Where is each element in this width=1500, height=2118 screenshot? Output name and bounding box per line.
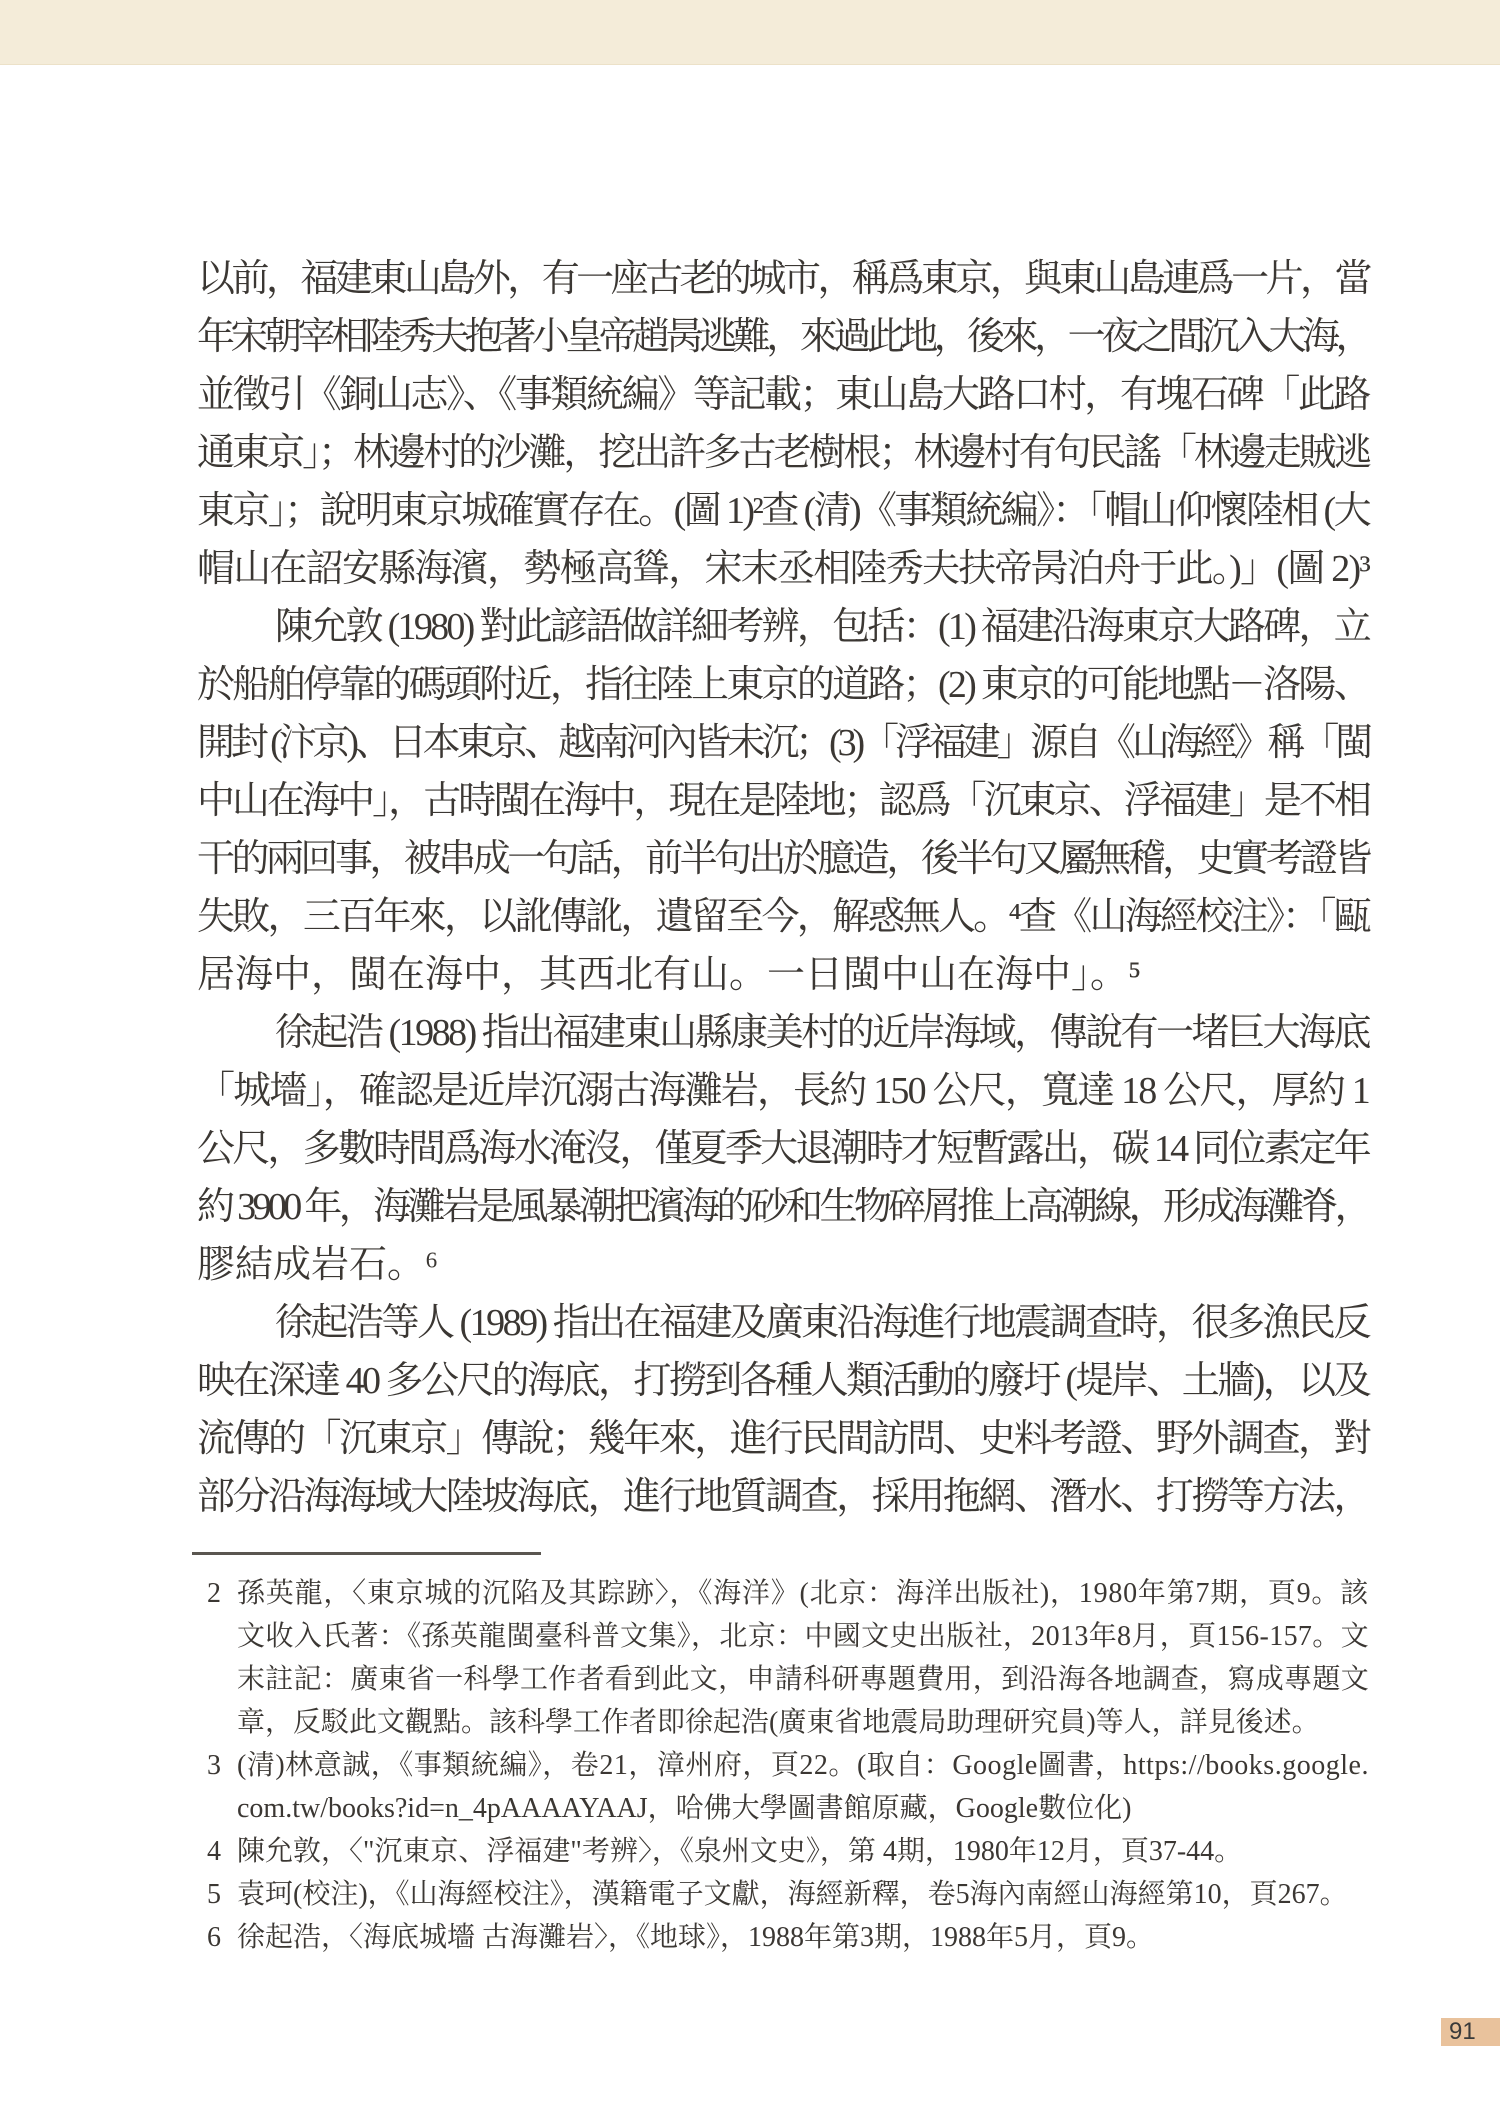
footnote-line-text: 徐起浩，〈海底城墻 古海灘岩〉，《地球》，1988年第3期，1988年5月，頁9… [237, 1916, 1154, 1959]
body-line-text: 干的兩回事，被串成一句話，前半句出於臆造，後半句又屬無稽，史實考證皆 [197, 830, 1369, 888]
footnote-line-text: 文收入氏著：《孫英龍閩臺科普文集》，北京：中國文史出版社，2013年8月，頁15… [237, 1615, 1369, 1658]
footnote-line-text: 陳允敦，〈"沉東京、浮福建"考辨〉，《泉州文史》，第 4期，1980年12月，頁… [237, 1830, 1242, 1873]
top-border-band [0, 0, 1500, 65]
body-line-text: 失敗，三百年來，以訛傳訛，遺留至今，解惑無人。⁴查《山海經校注》：「甌 [197, 888, 1369, 946]
footnote-line-text: 孫英龍，〈東京城的沉陷及其踪跡〉，《海洋》(北京：海洋出版社)，1980年第7期… [237, 1572, 1369, 1615]
body-line: 映在深達 40 多公尺的海底，打撈到各種人類活動的廢圩 (堤岸、土牆)，以及 [197, 1352, 1369, 1410]
body-line-text: 東京」；說明東京城確實存在。(圖 1)²查 (清)《事類統編》：「帽山仰懷陸相 … [197, 482, 1369, 540]
body-line: 帽山在詔安縣海濱，勢極高聳，宋末丞相陸秀夫扶帝昺泊舟于此。)」(圖 2)³ [197, 540, 1369, 598]
page-number-badge: 91 [1441, 2018, 1500, 2046]
body-line: 「城墻」，確認是近岸沉溺古海灘岩，長約 150 公尺，寬達 18 公尺，厚約 1 [197, 1062, 1369, 1120]
body-line: 並徵引《銅山志》、《事類統編》等記載；東山島大路口村，有塊石碑「此路 [197, 366, 1369, 424]
footnote-number: 6 [207, 1916, 221, 1959]
footnote-number: 4 [207, 1830, 221, 1873]
footnote-number: 5 [207, 1873, 221, 1916]
body-line: 徐起浩等人 (1989) 指出在福建及廣東沿海進行地震調查時，很多漁民反 [197, 1294, 1369, 1352]
footnote-line-text: 末註記：廣東省一科學工作者看到此文，申請科研專題費用，到沿海各地調查，寫成專題文 [237, 1658, 1369, 1701]
body-line-text: 中山在海中」，古時閩在海中，現在是陸地；認爲「沉東京、浮福建」是不相 [197, 772, 1369, 830]
page-number: 91 [1449, 2018, 1476, 2046]
body-line-text: 於船舶停靠的碼頭附近，指往陸上東京的道路；(2) 東京的可能地點－洛陽、 [197, 656, 1369, 714]
body-line: 東京」；說明東京城確實存在。(圖 1)²查 (清)《事類統編》：「帽山仰懷陸相 … [197, 482, 1369, 540]
body-line-text: 居海中，閩在海中，其西北有山。一日閩中山在海中」。⁵ [197, 946, 1141, 1004]
body-line-text: 映在深達 40 多公尺的海底，打撈到各種人類活動的廢圩 (堤岸、土牆)，以及 [197, 1352, 1369, 1410]
body-line: 通東京」；林邊村的沙灘，挖出許多古老樹根；林邊村有句民謠「林邊走賊逃 [197, 424, 1369, 482]
body-line-text: 通東京」；林邊村的沙灘，挖出許多古老樹根；林邊村有句民謠「林邊走賊逃 [197, 424, 1369, 482]
footnote: 6徐起浩，〈海底城墻 古海灘岩〉，《地球》，1988年第3期，1988年5月，頁… [197, 1916, 1369, 1959]
footnote-line-text: 章，反駁此文觀點。該科學工作者即徐起浩(廣東省地震局助理研究員)等人，詳見後述。 [237, 1701, 1320, 1744]
body-line: 失敗，三百年來，以訛傳訛，遺留至今，解惑無人。⁴查《山海經校注》：「甌 [197, 888, 1369, 946]
footnote-line: com.tw/books?id=n_4pAAAAYAAJ，哈佛大學圖書館原藏，G… [237, 1787, 1369, 1830]
footnote-line: 袁珂(校注)，《山海經校注》，漢籍電子文獻，海經新釋，卷5海內南經山海經第10，… [237, 1873, 1369, 1916]
body-line: 開封 (汴京)、日本東京、越南河內皆未沉；(3)「浮福建」源自《山海經》稱「閩 [197, 714, 1369, 772]
footnote-separator [192, 1552, 541, 1555]
body-line: 居海中，閩在海中，其西北有山。一日閩中山在海中」。⁵ [197, 946, 1369, 1004]
body-line-text: 並徵引《銅山志》、《事類統編》等記載；東山島大路口村，有塊石碑「此路 [197, 366, 1369, 424]
body-line: 徐起浩 (1988) 指出福建東山縣康美村的近岸海域，傳說有一堵巨大海底 [197, 1004, 1369, 1062]
document-page: 以前，福建東山島外，有一座古老的城市，稱爲東京，與東山島連爲一片，當年宋朝宰相陸… [0, 0, 1500, 2118]
body-line: 年宋朝宰相陸秀夫抱著小皇帝趙昺逃難，來過此地，後來，一夜之間沉入大海， [197, 308, 1369, 366]
body-line: 中山在海中」，古時閩在海中，現在是陸地；認爲「沉東京、浮福建」是不相 [197, 772, 1369, 830]
body-line-text: 流傳的「沉東京」傳說；幾年來，進行民間訪問、史料考證、野外調查，對 [197, 1410, 1369, 1468]
footnote-line: 徐起浩，〈海底城墻 古海灘岩〉，《地球》，1988年第3期，1988年5月，頁9… [237, 1916, 1369, 1959]
footnote-line: 陳允敦，〈"沉東京、浮福建"考辨〉，《泉州文史》，第 4期，1980年12月，頁… [237, 1830, 1369, 1873]
body-line-text: 「城墻」，確認是近岸沉溺古海灘岩，長約 150 公尺，寬達 18 公尺，厚約 1 [197, 1062, 1369, 1120]
footnote-line-text: com.tw/books?id=n_4pAAAAYAAJ，哈佛大學圖書館原藏，G… [237, 1787, 1131, 1830]
body-line: 陳允敦 (1980) 對此諺語做詳細考辨，包括：(1) 福建沿海東京大路碑，立 [197, 598, 1369, 656]
footnote-line: 末註記：廣東省一科學工作者看到此文，申請科研專題費用，到沿海各地調查，寫成專題文 [237, 1658, 1369, 1701]
body-line: 干的兩回事，被串成一句話，前半句出於臆造，後半句又屬無稽，史實考證皆 [197, 830, 1369, 888]
body-text: 以前，福建東山島外，有一座古老的城市，稱爲東京，與東山島連爲一片，當年宋朝宰相陸… [197, 250, 1369, 1526]
body-line: 以前，福建東山島外，有一座古老的城市，稱爲東京，與東山島連爲一片，當 [197, 250, 1369, 308]
body-line-text: 帽山在詔安縣海濱，勢極高聳，宋末丞相陸秀夫扶帝昺泊舟于此。)」(圖 2)³ [197, 540, 1369, 598]
body-line-text: 徐起浩 (1988) 指出福建東山縣康美村的近岸海域，傳說有一堵巨大海底 [275, 1004, 1369, 1062]
footnote-line-text: (清)林意誠，《事類統編》，卷21，漳州府，頁22。(取自：Google圖書，h… [237, 1744, 1369, 1787]
body-line: 約 3900 年，海灘岩是風暴潮把濱海的砂和生物碎屑推上高潮線，形成海灘脊， [197, 1178, 1369, 1236]
body-line-text: 約 3900 年，海灘岩是風暴潮把濱海的砂和生物碎屑推上高潮線，形成海灘脊， [197, 1178, 1369, 1236]
footnote-line: (清)林意誠，《事類統編》，卷21，漳州府，頁22。(取自：Google圖書，h… [237, 1744, 1369, 1787]
body-line-text: 公尺，多數時間爲海水淹沒，僅夏季大退潮時才短暫露出，碳 14 同位素定年 [197, 1120, 1369, 1178]
body-line-text: 陳允敦 (1980) 對此諺語做詳細考辨，包括：(1) 福建沿海東京大路碑，立 [275, 598, 1369, 656]
body-line: 於船舶停靠的碼頭附近，指往陸上東京的道路；(2) 東京的可能地點－洛陽、 [197, 656, 1369, 714]
body-line: 膠結成岩石。⁶ [197, 1236, 1369, 1294]
body-line-text: 年宋朝宰相陸秀夫抱著小皇帝趙昺逃難，來過此地，後來，一夜之間沉入大海， [197, 308, 1369, 366]
body-line-text: 膠結成岩石。⁶ [197, 1236, 438, 1294]
body-line: 流傳的「沉東京」傳說；幾年來，進行民間訪問、史料考證、野外調查，對 [197, 1410, 1369, 1468]
footnote: 3(清)林意誠，《事類統編》，卷21，漳州府，頁22。(取自：Google圖書，… [197, 1744, 1369, 1830]
footnote-line: 章，反駁此文觀點。該科學工作者即徐起浩(廣東省地震局助理研究員)等人，詳見後述。 [237, 1701, 1369, 1744]
footnote-line: 文收入氏著：《孫英龍閩臺科普文集》，北京：中國文史出版社，2013年8月，頁15… [237, 1615, 1369, 1658]
footnote-line: 孫英龍，〈東京城的沉陷及其踪跡〉，《海洋》(北京：海洋出版社)，1980年第7期… [237, 1572, 1369, 1615]
footnote: 4陳允敦，〈"沉東京、浮福建"考辨〉，《泉州文史》，第 4期，1980年12月，… [197, 1830, 1369, 1873]
body-line-text: 徐起浩等人 (1989) 指出在福建及廣東沿海進行地震調查時，很多漁民反 [275, 1294, 1369, 1352]
footnote-line-text: 袁珂(校注)，《山海經校注》，漢籍電子文獻，海經新釋，卷5海內南經山海經第10，… [237, 1873, 1348, 1916]
footnotes: 2孫英龍，〈東京城的沉陷及其踪跡〉，《海洋》(北京：海洋出版社)，1980年第7… [197, 1572, 1369, 1959]
body-line: 公尺，多數時間爲海水淹沒，僅夏季大退潮時才短暫露出，碳 14 同位素定年 [197, 1120, 1369, 1178]
footnote: 2孫英龍，〈東京城的沉陷及其踪跡〉，《海洋》(北京：海洋出版社)，1980年第7… [197, 1572, 1369, 1744]
body-line-text: 部分沿海海域大陸坡海底，進行地質調查，採用拖網、潛水、打撈等方法， [197, 1468, 1369, 1526]
body-line-text: 開封 (汴京)、日本東京、越南河內皆未沉；(3)「浮福建」源自《山海經》稱「閩 [197, 714, 1369, 772]
body-line-text: 以前，福建東山島外，有一座古老的城市，稱爲東京，與東山島連爲一片，當 [197, 250, 1369, 308]
footnote-number: 3 [207, 1744, 221, 1787]
footnote: 5袁珂(校注)，《山海經校注》，漢籍電子文獻，海經新釋，卷5海內南經山海經第10… [197, 1873, 1369, 1916]
footnote-number: 2 [207, 1572, 221, 1615]
body-line: 部分沿海海域大陸坡海底，進行地質調查，採用拖網、潛水、打撈等方法， [197, 1468, 1369, 1526]
